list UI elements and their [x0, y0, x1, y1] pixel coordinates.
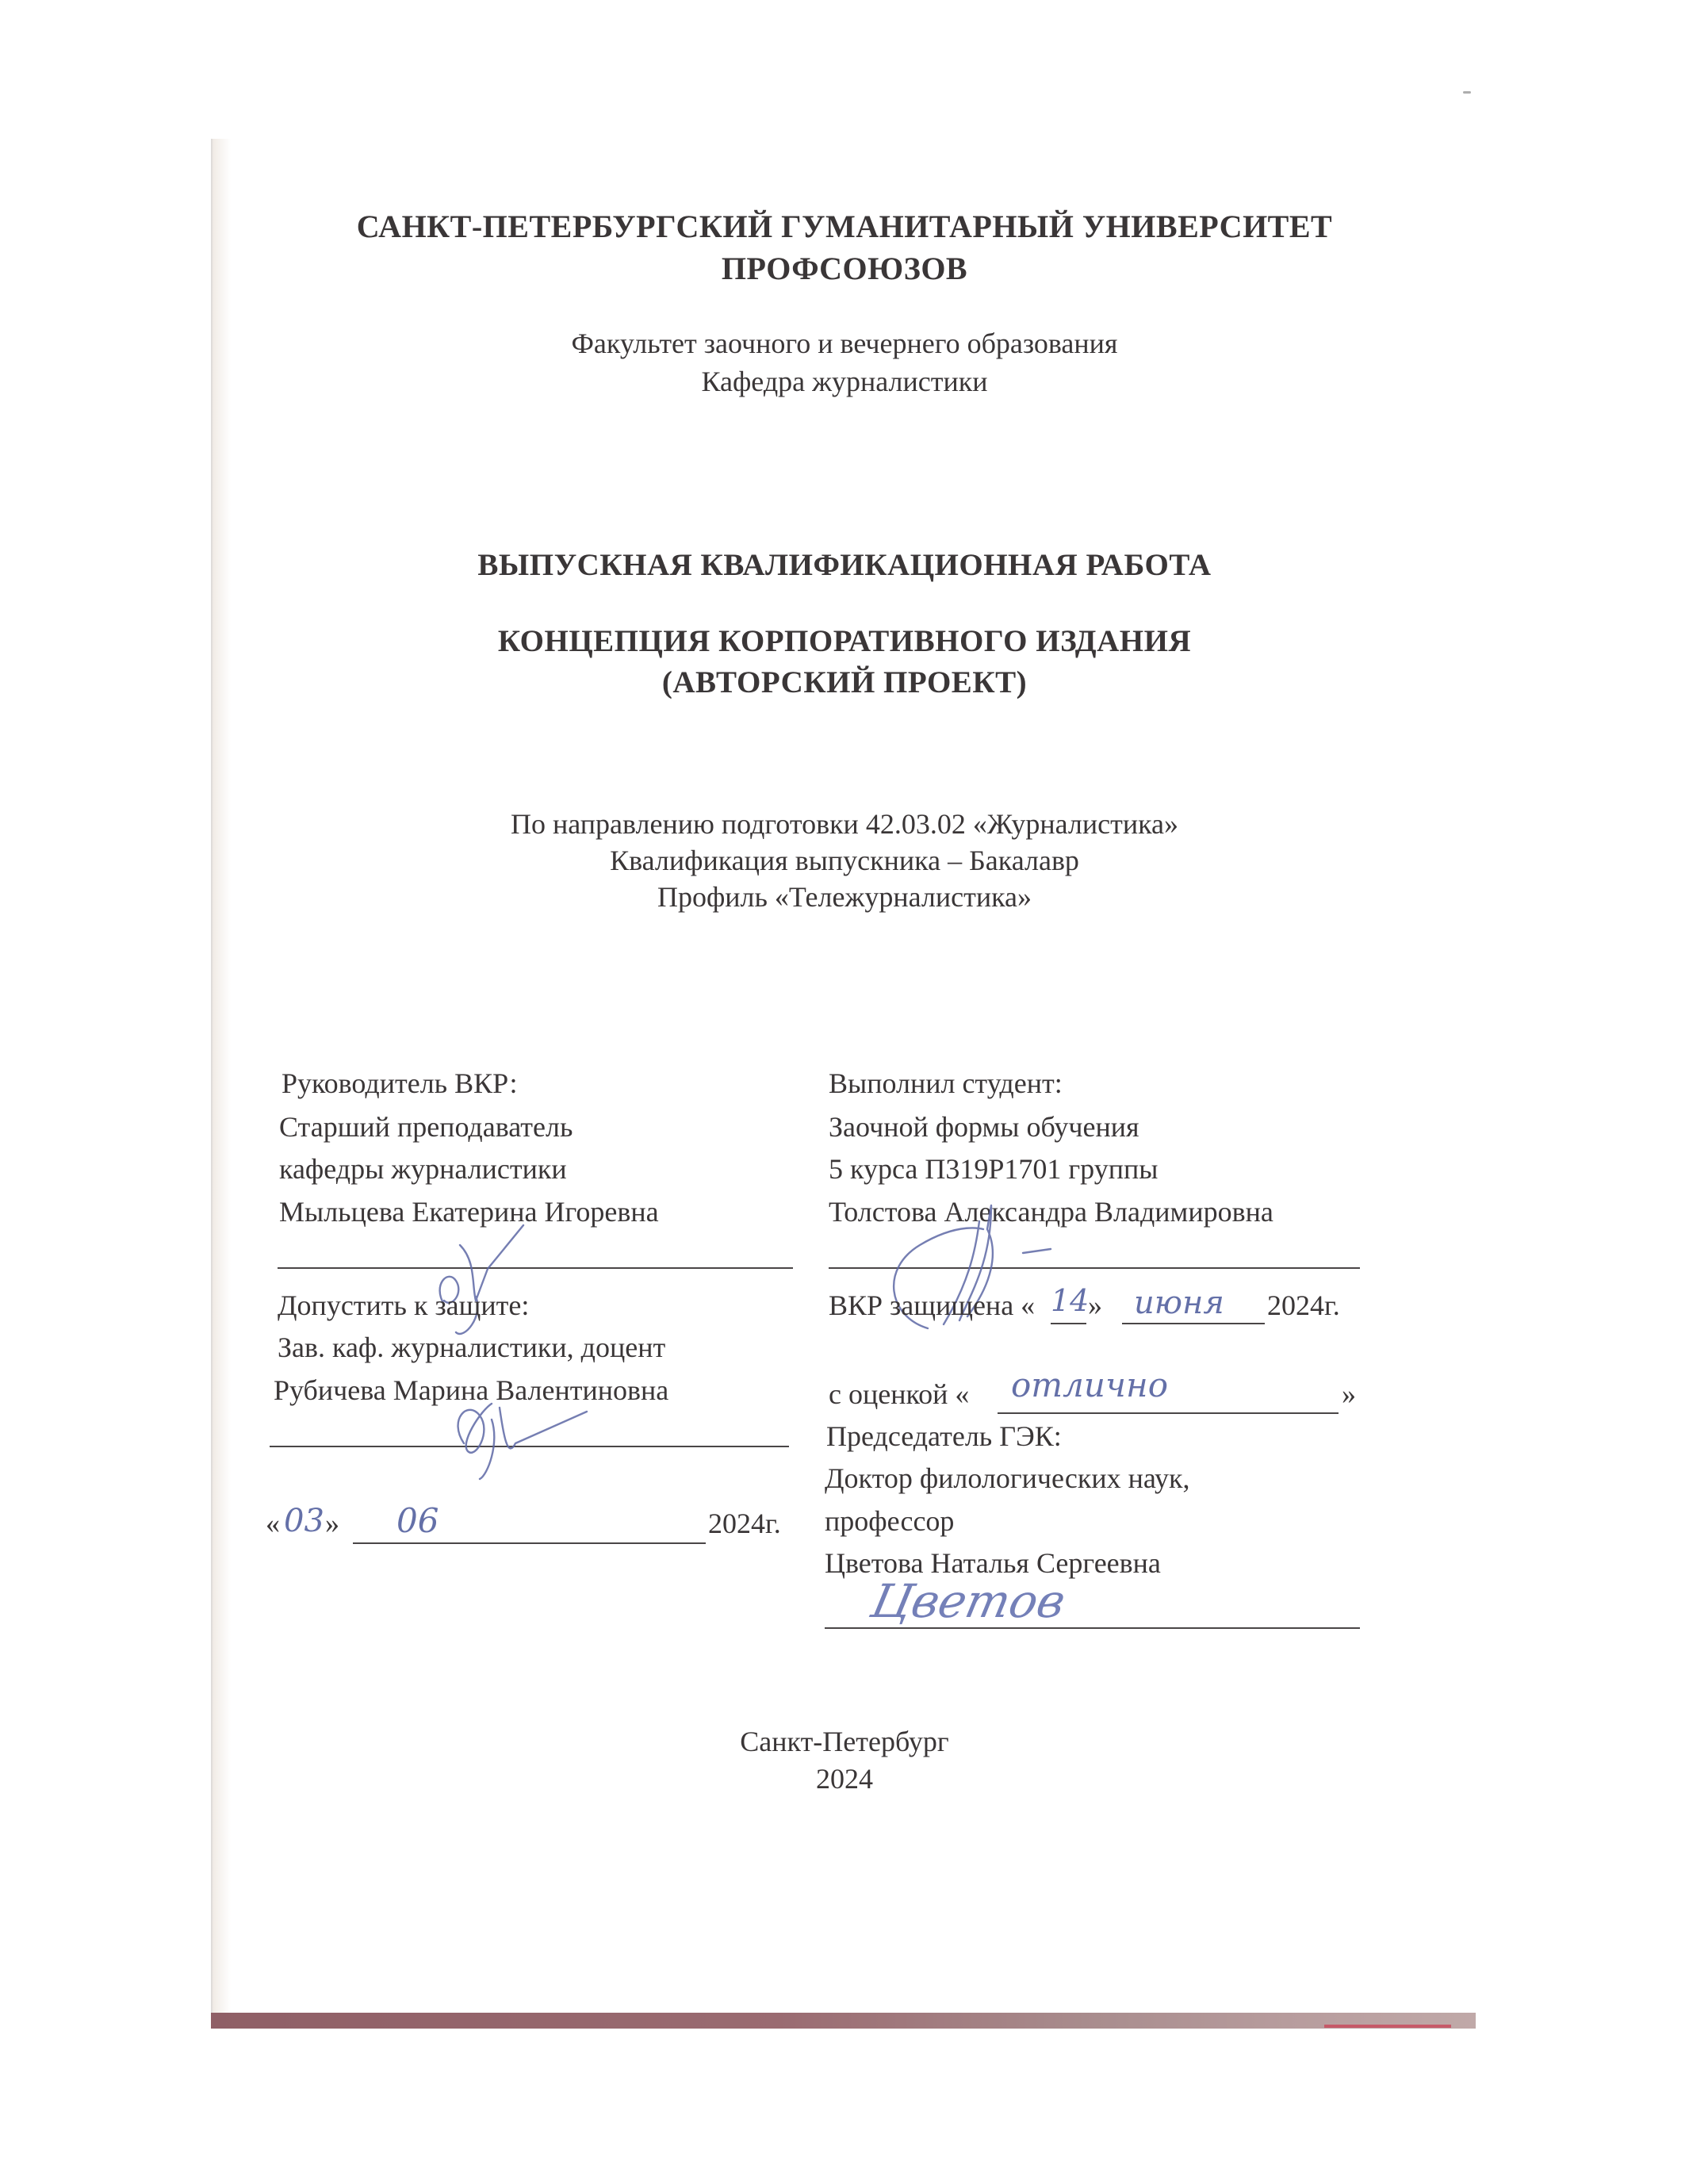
defense-day: 14: [1051, 1283, 1089, 1318]
admission-date-year: 2024г.: [708, 1507, 781, 1540]
chair-title: профессор: [825, 1504, 954, 1538]
grade-line: [998, 1412, 1339, 1414]
chair-signature-line: [825, 1627, 1360, 1629]
chair-label: Председатель ГЭК:: [826, 1420, 1062, 1453]
city: Санкт-Петербург: [0, 1725, 1689, 1758]
department-name: Кафедра журналистики: [0, 365, 1689, 398]
student-form: Заочной формы обучения: [829, 1110, 1139, 1144]
supervisor-label: Руководитель ВКР:: [281, 1067, 517, 1100]
binding-strip-accent: [1324, 2025, 1451, 2028]
admission-signature: [444, 1388, 603, 1483]
grade-value: отлично: [1011, 1366, 1168, 1404]
binding-strip: [211, 2013, 1476, 2029]
defense-year: 2024г.: [1267, 1289, 1340, 1322]
admission-label: Допустить к защите:: [278, 1289, 529, 1322]
admission-date-line: [353, 1542, 706, 1544]
university-name-line1: САНКТ-ПЕТЕРБУРГСКИЙ ГУМАНИТАРНЫЙ УНИВЕРС…: [0, 208, 1689, 245]
admission-date-month: 06: [396, 1501, 439, 1540]
student-label: Выполнил студент:: [829, 1067, 1063, 1100]
defense-close-quote: »: [1088, 1289, 1102, 1322]
defense-month-line: [1122, 1323, 1265, 1324]
scan-speck: [1463, 91, 1471, 94]
topic-title-line2: (АВТОРСКИЙ ПРОЕКТ): [0, 665, 1689, 700]
admission-position: Зав. каф. журналистики, доцент: [278, 1331, 665, 1364]
grade-prefix: с оценкой «: [829, 1377, 969, 1411]
work-type-title: ВЫПУСКНАЯ КВАЛИФИКАЦИОННАЯ РАБОТА: [0, 547, 1689, 583]
student-group: 5 курса П319Р1701 группы: [829, 1152, 1158, 1186]
supervisor-position-line2: кафедры журналистики: [279, 1152, 567, 1186]
defense-day-line: [1051, 1323, 1086, 1324]
profile-line: Профиль «Тележурналистика»: [0, 880, 1689, 914]
supervisor-position-line1: Старший преподаватель: [279, 1110, 573, 1144]
university-name-line2: ПРОФСОЮЗОВ: [0, 250, 1689, 287]
faculty-name: Факультет заочного и вечернего образован…: [0, 327, 1689, 360]
grade-suffix: »: [1342, 1377, 1356, 1411]
defense-month: июня: [1134, 1285, 1224, 1321]
topic-title-line1: КОНЦЕПЦИЯ КОРПОРАТИВНОГО ИЗДАНИЯ: [0, 623, 1689, 659]
chair-degree: Доктор филологических наук,: [825, 1462, 1190, 1495]
admission-date-close-quote: »: [325, 1507, 339, 1540]
direction-line: По направлению подготовки 42.03.02 «Журн…: [0, 807, 1689, 841]
admission-date-day: 03: [284, 1503, 324, 1539]
year: 2024: [0, 1762, 1689, 1795]
defense-prefix: ВКР защищена «: [829, 1289, 1035, 1322]
admission-date-open-quote: «: [266, 1507, 280, 1540]
chair-signature: Цветов: [867, 1574, 1070, 1628]
qualification-line: Квалификация выпускника – Бакалавр: [0, 844, 1689, 877]
